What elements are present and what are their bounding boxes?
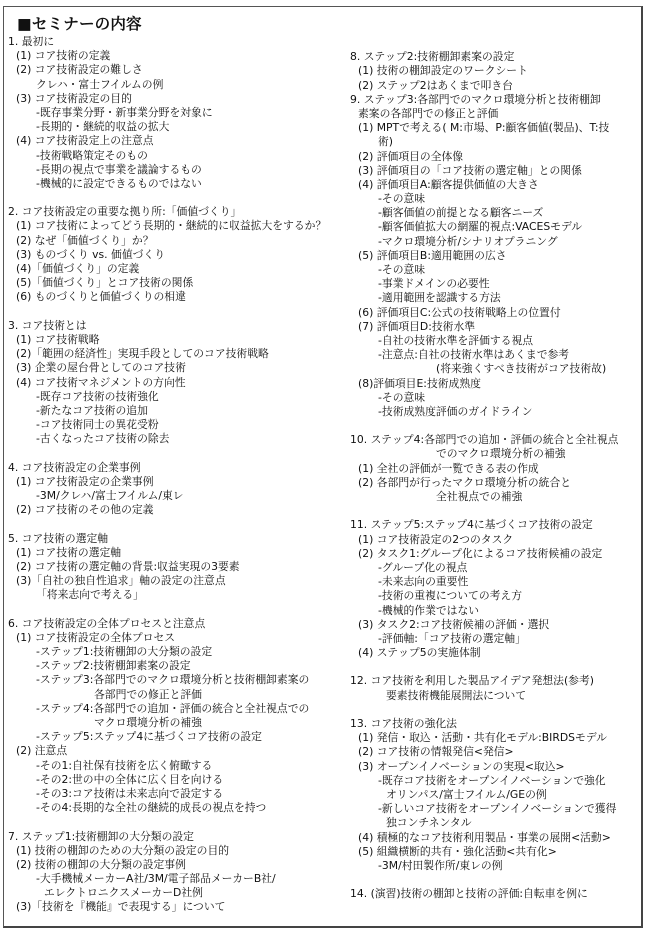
outline-item: -既存事業分野・新事業分野を対象に [8,106,328,120]
outline-item: (3) ものづくり vs. 価値づくり [8,248,328,262]
spacer [350,703,640,717]
outline-item: -顧客価値拡大の網羅的視点:VACESモデル [350,220,640,234]
outline-item: (3)「技術を『機能』で表現する」について [8,900,328,914]
outline-item: (4) 評価項目A:顧客提供価値の大きさ [350,178,640,192]
section-s3: 3. コア技術とは(1) コア技術戦略(2)「範囲の経済性」実現手段としてのコア… [8,319,328,447]
section-s11: 11. ステップ5:ステップ4に基づくコア技術の設定(1) コア技術設定の2つの… [350,518,640,660]
outline-item: -その4:長期的な全社の継続的成長の視点を持つ [8,801,328,815]
outline-item: (2) 注意点 [8,744,328,758]
outline-item: -ステップ2:技術棚卸素案の設定 [8,659,328,673]
right-column: 8. ステップ2:技術棚卸素案の設定(1) 技術の棚卸設定のワークシート(2) … [350,36,640,901]
section-heading: 6. コア技術設定の全体プロセスと注意点 [8,617,328,631]
outline-item: (2) ステップ2はあくまで叩き台 [350,79,640,93]
spacer [350,873,640,887]
outline-item: マクロ環境分析の補強 [8,716,328,730]
page-title: ■セミナーの内容 [17,12,142,34]
outline-item: (4) 積極的なコア技術利用製品・事業の展開<活動> [350,831,640,845]
outline-item: -適用範囲を認識する方法 [350,291,640,305]
spacer [8,191,328,205]
outline-item: (5) 評価項目B:適用範囲の広さ [350,249,640,263]
outline-item: -長期的・継続的収益の拡大 [8,120,328,134]
spacer [350,36,640,50]
outline-item: -その1:自社保有技術を広く俯瞰する [8,759,328,773]
outline-item: (3) 企業の屋台骨としてのコア技術 [8,361,328,375]
section-heading: 5. コア技術の選定軸 [8,532,328,546]
outline-item: -大手機械メーカーA社/3M/電子部品メーカーB社/ [8,872,328,886]
outline-item: (3) オープンイノベーションの実現<取込> [350,760,640,774]
outline-item: -既存コア技術をオープンイノベーションで強化 [350,774,640,788]
outline-item: -技術成熟度評価のガイドライン [350,405,640,419]
outline-item: (1) MPTで考える( M:市場、P:顧客価値(製品)、T:技 [350,121,640,135]
outline-item: 術) [350,135,640,149]
outline-item: (2) コア技術設定の難しさ [8,63,328,77]
outline-item: クレハ・富士フイルムの例 [8,78,328,92]
section-heading: 7. ステップ1:技術棚卸の大分類の設定 [8,830,328,844]
section-s5: 5. コア技術の選定軸(1) コア技術の選定軸(2) コア技術の選定軸の背景:収… [8,532,328,603]
outline-item: (1) コア技術の選定軸 [8,546,328,560]
outline-item: 各部門での修正と評価 [8,688,328,702]
spacer [8,446,328,460]
outline-item: -その3:コア技術は未来志向で設定する [8,787,328,801]
outline-item: 独コンチネンタル [350,816,640,830]
section-s8: 8. ステップ2:技術棚卸素案の設定(1) 技術の棚卸設定のワークシート(2) … [350,50,640,93]
outline-item: -顧客価値の前提となる顧客ニーズ [350,206,640,220]
outline-item: -新たなコア技術の追加 [8,404,328,418]
outline-item: (3) コア技術設定の目的 [8,92,328,106]
outline-item: (4) コア技術設定上の注意点 [8,134,328,148]
outline-item: -技術の重複についての考え方 [350,589,640,603]
outline-item: (2) 技術の棚卸の大分類の設定事例 [8,858,328,872]
outline-item: -3M/クレハ/富士フイルム/東レ [8,489,328,503]
spacer [350,660,640,674]
spacer [8,517,328,531]
outline-item: (1) コア技術の定義 [8,49,328,63]
outline-item: (3) 評価項目の「コア技術の選定軸」との関係 [350,164,640,178]
outline-item: -長期の視点で事業を議論するもの [8,163,328,177]
section-heading: 8. ステップ2:技術棚卸素案の設定 [350,50,640,64]
outline-item: (1) コア技術によってどう長期的・継続的に収益拡大をするか？ [8,219,328,233]
outline-item: 「将来志向で考える」 [8,588,328,602]
outline-item: (6) ものづくりと価値づくりの相違 [8,290,328,304]
spacer [350,504,640,518]
section-heading: 1. 最初に [8,35,328,49]
outline-item: (1) コア技術設定の全体プロセス [8,631,328,645]
section-s10: 10. ステップ4:各部門での追加・評価の統合と全社視点でのマクロ環境分析の補強… [350,433,640,504]
section-s7: 7. ステップ1:技術棚卸の大分類の設定(1) 技術の棚卸のための大分類の設定の… [8,830,328,915]
outline-item: -技術戦略策定そのもの [8,149,328,163]
section-heading: 2. コア技術設定の重要な拠り所:「価値づくり」 [8,205,328,219]
outline-item: -その意味 [350,391,640,405]
spacer [350,419,640,433]
outline-item: -その2:世の中の全体に広く目を向ける [8,773,328,787]
outline-item: -ステップ5:ステップ4に基づくコア技術の設定 [8,730,328,744]
section-heading: 9. ステップ3:各部門でのマクロ環境分析と技術棚卸 [350,93,640,107]
section-s13: 13. コア技術の強化法(1) 発信・取込・活動・共有化モデル:BIRDSモデル… [350,717,640,873]
outline-item: (3)「自社の独自性追求」軸の設定の注意点 [8,574,328,588]
outline-item: (1) 全社の評価が一覧できる表の作成 [350,462,640,476]
section-s14: 14. (演習)技術の棚卸と技術の評価:自転車を例に [350,887,640,901]
outline-item: 要素技術機能展開法について [350,689,640,703]
outline-item: (8)評価項目E:技術成熟度 [350,377,640,391]
spacer [8,815,328,829]
section-heading: 11. ステップ5:ステップ4に基づくコア技術の設定 [350,518,640,532]
section-heading: 12. コア技術を利用した製品アイデア発想法(参考) [350,674,640,688]
section-s2: 2. コア技術設定の重要な拠り所:「価値づくり」(1) コア技術によってどう長期… [8,205,328,304]
section-s6: 6. コア技術設定の全体プロセスと注意点(1) コア技術設定の全体プロセス-ステ… [8,617,328,816]
outline-item: (2) タスク1:グループ化によるコア技術候補の設定 [350,547,640,561]
outline-item: (6) 評価項目C:公式の技術戦略上の位置付 [350,306,640,320]
outline-item: (2) コア技術のその他の定義 [8,503,328,517]
outline-item: (1) コア技術設定の企業事例 [8,475,328,489]
outline-item: (1) コア技術戦略 [8,333,328,347]
outline-item: -ステップ3:各部門でのマクロ環境分析と技術棚卸素案の [8,673,328,687]
outline-item: (2) コア技術の情報発信<発信> [350,745,640,759]
outline-item: (2) 各部門が行ったマクロ環境分析の統合と [350,476,640,490]
spacer [8,305,328,319]
outline-item: -機械的に設定できるものではない [8,177,328,191]
spacer [8,603,328,617]
section-s1: 1. 最初に(1) コア技術の定義(2) コア技術設定の難しさクレハ・富士フイル… [8,35,328,191]
outline-item: -ステップ1:技術棚卸の大分類の設定 [8,645,328,659]
outline-item: (2)「範囲の経済性」実現手段としてのコア技術戦略 [8,347,328,361]
outline-item: -既存コア技術の技術強化 [8,390,328,404]
outline-item: (1) コア技術設定の2つのタスク [350,533,640,547]
outline-item: -機械的作業ではない [350,604,640,618]
section-s9: 9. ステップ3:各部門でのマクロ環境分析と技術棚卸素案の各部門での修正と評価(… [350,93,640,419]
section-heading: 3. コア技術とは [8,319,328,333]
outline-item: (1) 技術の棚卸のための大分類の設定の目的 [8,844,328,858]
outline-item: -自社の技術水準を評価する視点 [350,334,640,348]
outline-item: -事業ドメインの必要性 [350,277,640,291]
outline-item: -その意味 [350,263,640,277]
outline-item: -マクロ環境分析/シナリオプラニング [350,235,640,249]
outline-item: (2) コア技術の選定軸の背景:収益実現の3要素 [8,560,328,574]
outline-item: -注意点:自社の技術水準はあくまで参考 [350,348,640,362]
section-s4: 4. コア技術設定の企業事例(1) コア技術設定の企業事例-3M/クレハ/富士フ… [8,461,328,518]
outline-item: (3) タスク2:コア技術候補の評価・選択 [350,618,640,632]
section-s12: 12. コア技術を利用した製品アイデア発想法(参考)要素技術機能展開法について [350,674,640,702]
outline-item: (2) 評価項目の全体像 [350,150,640,164]
outline-item: (4)「価値づくり」の定義 [8,262,328,276]
outline-item: -3M/村田製作所/東レの例 [350,859,640,873]
outline-item: (4) コア技術マネジメントの方向性 [8,376,328,390]
section-heading: 13. コア技術の強化法 [350,717,640,731]
outline-item: エレクトロニクスメーカーD社例 [8,886,328,900]
outline-item: (5)「価値づくり」とコア技術の関係 [8,276,328,290]
outline-item: (1) 発信・取込・活動・共有化モデル:BIRDSモデル [350,731,640,745]
left-column: 1. 最初に(1) コア技術の定義(2) コア技術設定の難しさクレハ・富士フイル… [8,35,328,915]
outline-item: でのマクロ環境分析の補強 [350,447,640,461]
outline-item: -古くなったコア技術の除去 [8,432,328,446]
outline-item: 全社視点での補強 [350,490,640,504]
section-heading: 10. ステップ4:各部門での追加・評価の統合と全社視点 [350,433,640,447]
outline-item: -評価軸:「コア技術の選定軸」 [350,632,640,646]
outline-item: (5) 組織横断的共有・強化活動<共有化> [350,845,640,859]
outline-item: -コア技術同士の異花受粉 [8,418,328,432]
outline-item: -新しいコア技術をオープンイノベーションで獲得 [350,802,640,816]
outline-item: オリンパス/富士フイルム/GEの例 [350,788,640,802]
section-heading: 4. コア技術設定の企業事例 [8,461,328,475]
outline-item: (1) 技術の棚卸設定のワークシート [350,64,640,78]
outline-item: (7) 評価項目D:技術水準 [350,320,640,334]
outline-item: -ステップ4:各部門での追加・評価の統合と全社視点での [8,702,328,716]
outline-item: -未来志向の重要性 [350,575,640,589]
outline-item: (4) ステップ5の実施体制 [350,646,640,660]
outline-item: 素案の各部門での修正と評価 [350,107,640,121]
section-heading: 14. (演習)技術の棚卸と技術の評価:自転車を例に [350,887,640,901]
outline-item: -その意味 [350,192,640,206]
outline-item: (2) なぜ「価値づくり」か？ [8,234,328,248]
outline-item: (将来強くすべき技術がコア技術故) [350,362,640,376]
outline-item: -グループ化の視点 [350,561,640,575]
